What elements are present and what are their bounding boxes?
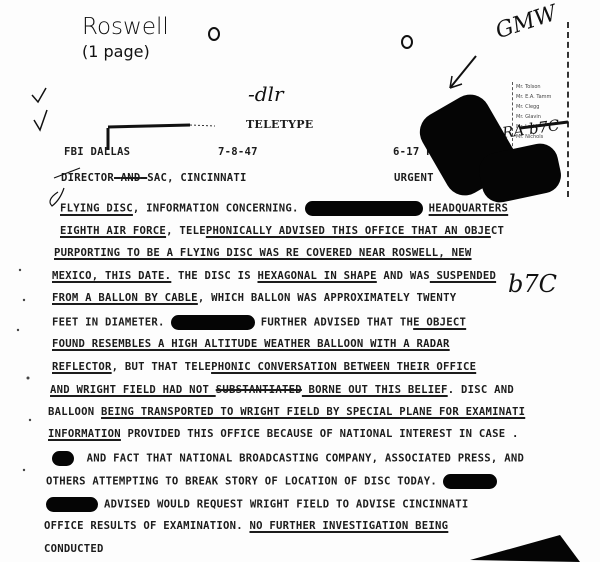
handwritten-marks [0, 0, 600, 562]
scanned-document-page: Roswell (1 page) -dlr TELETYPE FBI DALLA… [0, 0, 600, 562]
